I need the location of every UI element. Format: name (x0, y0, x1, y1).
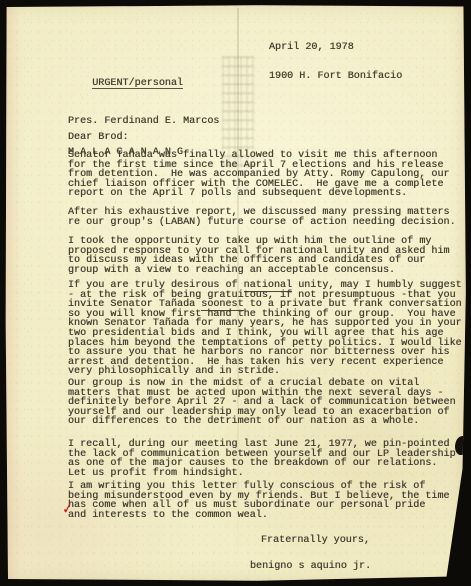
letter-line: and interests to the common weal. (68, 511, 450, 521)
red-check-annotation: ✓ (61, 500, 74, 518)
letter-line: Let us profit from hindsight. (68, 469, 456, 479)
paragraph-1: Senator Tañada was finally allowed to vi… (68, 151, 450, 199)
scanned-letter-paper: April 20, 1978 1900 H. Fort Bonifacio UR… (0, 0, 471, 586)
closing-line: Fraternally yours, (261, 536, 370, 546)
paragraph-2: After his exhaustive report, we discusse… (68, 208, 456, 227)
letter-line: group with a view to reaching an accepta… (68, 266, 450, 276)
paragraph-6: I recall, during our meeting last June 2… (68, 440, 456, 478)
signature-name: benigno s aquino jr. (250, 562, 371, 572)
paragraph-3: I took the opportunity to take up with h… (68, 237, 450, 275)
paragraph-5: Our group is now in the midst of a cruci… (68, 379, 456, 427)
letter-line: re our group's (LABAN) future course of … (68, 218, 456, 228)
paragraph-7: I am writing you this letter fully consc… (68, 482, 450, 520)
letter-body: Senator Tañada was finally allowed to vi… (68, 0, 470, 586)
paragraph-4: If you are truly desirous of national un… (68, 281, 462, 377)
letter-line: very philosophically and in stride. (68, 367, 462, 377)
letter-line: report on the April 7 polls and subseque… (68, 189, 450, 199)
scan-edge-blot (455, 436, 468, 455)
letter-line: our differences to the detriment of our … (68, 417, 456, 427)
